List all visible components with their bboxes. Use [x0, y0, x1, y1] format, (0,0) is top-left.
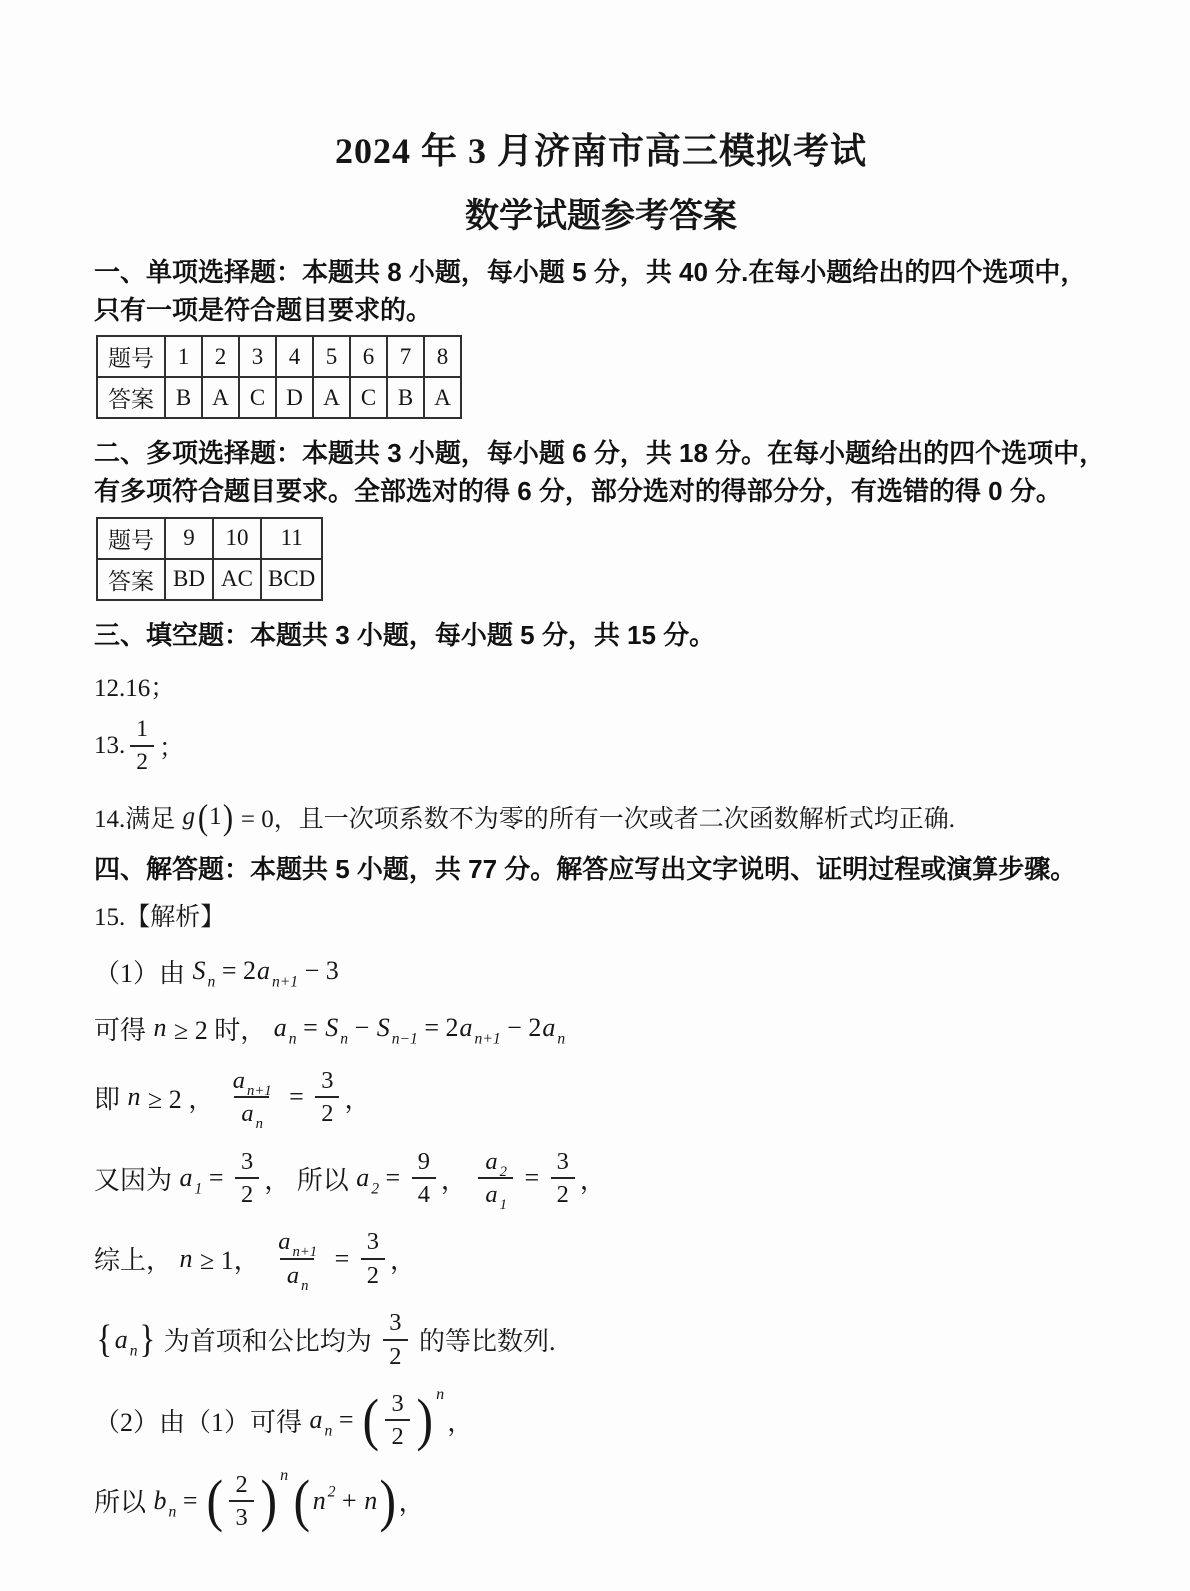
math-subscripted-variable: a1 — [179, 1163, 203, 1193]
document-page: 2024 年 3 月济南市高三模拟考试 数学试题参考答案 一、单项选择题：本题共… — [0, 0, 1190, 1591]
math-paren-group: (32)n — [361, 1390, 446, 1451]
math-subscripted-variable: an+1 — [256, 956, 298, 986]
math-variable: a — [309, 1405, 324, 1435]
math-text: 13. — [94, 732, 125, 760]
math-subscript: 2 — [500, 1164, 507, 1180]
answer-cell: 1 — [165, 336, 202, 377]
solution-15-step-8: 所以 bn = (23)n(n2 + n)， — [94, 1471, 1108, 1532]
math-subscripted-variable: an — [273, 1013, 297, 1043]
math-text: ， — [344, 1079, 370, 1116]
math-text: 3 — [321, 1067, 333, 1094]
answer-cell: 10 — [213, 518, 261, 559]
math-subscript: n — [208, 974, 216, 992]
math-subscripted-variable: Sn−1 — [376, 1013, 418, 1043]
paren-open: ( — [294, 1472, 311, 1531]
answer-cell: 5 — [313, 336, 350, 377]
solution-15-step-1: （1）由 Sn = 2an+1 − 3 — [94, 953, 1108, 990]
math-fraction: 32 — [551, 1148, 575, 1209]
math-text: 1 — [136, 716, 148, 742]
row-header-cell: 答案 — [97, 377, 165, 418]
section-3-heading: 三、填空题：本题共 3 小题，每小题 5 分，共 15 分。 — [94, 617, 1108, 655]
answer-14: 14.满足 g(1) = 0，且一次项系数不为零的所有一次或者二次函数解析式均正… — [94, 799, 1108, 835]
math-text: 9 — [418, 1148, 430, 1175]
math-text: ， 所以 — [264, 1160, 355, 1197]
math-subscripted-variable: a2 — [355, 1163, 379, 1193]
math-subscripted-variable: an — [541, 1013, 565, 1043]
math-subscript: n+1 — [247, 1083, 272, 1099]
math-variable: a — [459, 1013, 474, 1043]
fraction-numerator: 3 — [383, 1309, 407, 1338]
math-paren-group: (n2 + n) — [292, 1472, 397, 1531]
solution-15: 15.【解析】（1）由 Sn = 2an+1 − 3可得 n ≥ 2 时， an… — [94, 897, 1108, 1531]
math-text: ≥ 2 ， — [142, 1079, 221, 1116]
math-text: ， — [580, 1160, 606, 1197]
math-variable: a — [256, 956, 271, 986]
math-text: = 2 — [418, 1013, 459, 1043]
answer-cell: 2 — [202, 336, 239, 377]
math-text: 15.【解析】 — [94, 897, 225, 933]
math-fraction: a2a1 — [478, 1148, 513, 1209]
brace-open: { — [96, 1320, 112, 1359]
math-text: = — [297, 1013, 325, 1043]
fraction-numerator: 1 — [130, 716, 154, 744]
math-text: 12.16； — [94, 668, 175, 704]
math-text: 3 — [367, 1228, 379, 1255]
math-exponent: n — [280, 1467, 288, 1485]
fraction-denominator: an — [234, 1096, 269, 1127]
math-text: ； — [159, 728, 184, 764]
multi-choice-answer-table: 题号91011答案BDACBCD — [96, 517, 323, 601]
math-subscripted-variable: an+1 — [277, 1228, 317, 1255]
answer-cell: AC — [213, 559, 261, 600]
math-variable: n — [153, 1013, 168, 1043]
solution-15-step-5: 综上， n ≥ 1， an+1an = 32， — [94, 1228, 1108, 1289]
math-subscripted-variable: an — [240, 1100, 263, 1127]
math-subscript: 1 — [500, 1197, 507, 1213]
math-variable: a — [484, 1181, 498, 1208]
math-subscript: n — [169, 1503, 177, 1521]
fraction-denominator: an — [280, 1258, 315, 1289]
math-text: = — [202, 1163, 230, 1193]
math-subscripted-variable: an — [309, 1405, 333, 1435]
answer-cell: 6 — [350, 336, 387, 377]
math-variable: g — [182, 803, 197, 831]
math-brace-group: {an} — [95, 1320, 156, 1359]
fraction-numerator: a2 — [478, 1148, 513, 1177]
section-1-heading: 一、单项选择题：本题共 8 小题，每小题 5 分，共 40 分.在每小题给出的四… — [94, 254, 1108, 329]
math-subscript: n — [557, 1031, 565, 1049]
row-header-cell: 题号 — [97, 518, 165, 559]
single-choice-answer-table: 题号12345678答案BACDACBA — [96, 335, 462, 419]
solution-15-step-6: {an} 为首项和公比均为 32 的等比数列. — [94, 1309, 1108, 1370]
math-subscripted-variable: an — [286, 1262, 309, 1289]
math-variable: a — [114, 1325, 129, 1355]
math-variable: a — [277, 1228, 291, 1255]
solution-15-step-4: 又因为 a1 = 32， 所以 a2 = 94， a2a1 = 32， — [94, 1148, 1108, 1209]
math-subscript: n−1 — [392, 1031, 418, 1049]
table-row: 答案BDACBCD — [97, 559, 322, 600]
math-text: （2）由（1）可得 — [94, 1402, 309, 1439]
brace-close: } — [139, 1320, 155, 1359]
solution-15-label: 15.【解析】 — [94, 897, 1108, 933]
math-subscripted-variable: an+1 — [459, 1013, 501, 1043]
math-text: = — [518, 1163, 546, 1193]
math-fraction: 12 — [130, 716, 154, 775]
math-subscripted-variable: an+1 — [232, 1067, 272, 1094]
fraction-numerator: 3 — [551, 1148, 575, 1177]
math-text: 1 — [209, 803, 222, 831]
math-text: ， — [390, 1240, 416, 1277]
math-text: 2 — [136, 749, 148, 775]
math-subscripted-variable: Sn — [192, 956, 216, 986]
math-variable: a — [484, 1148, 498, 1175]
math-variable: b — [153, 1486, 168, 1516]
math-variable: a — [355, 1163, 370, 1193]
row-header-cell: 答案 — [97, 559, 165, 600]
fraction-numerator: an+1 — [271, 1228, 323, 1257]
math-subscript: n — [301, 1278, 308, 1294]
fraction-denominator: 2 — [361, 1258, 385, 1289]
math-variable: a — [273, 1013, 288, 1043]
math-text: 可得 — [94, 1010, 153, 1047]
fraction-numerator: 3 — [385, 1390, 409, 1419]
math-variable: n — [127, 1082, 142, 1112]
math-text: = 2 — [215, 956, 256, 986]
math-fraction: an+1an — [271, 1228, 323, 1289]
table-row: 题号91011 — [97, 518, 322, 559]
table-row: 题号12345678 — [97, 336, 461, 377]
math-variable: n — [312, 1486, 327, 1516]
math-text: − 3 — [298, 956, 339, 986]
math-text: 4 — [418, 1181, 430, 1208]
fraction-numerator: 9 — [412, 1148, 436, 1177]
math-subscript: n+1 — [293, 1245, 318, 1261]
math-text: ， — [441, 1160, 474, 1197]
answer-cell: D — [276, 377, 313, 418]
answer-cell: 7 — [387, 336, 424, 377]
math-subscripted-variable: an — [114, 1325, 138, 1355]
answer-cell: B — [165, 377, 202, 418]
math-subscripted-variable: bn — [153, 1486, 177, 1516]
math-superscripted-variable: n2 — [312, 1486, 336, 1516]
answer-cell: C — [350, 377, 387, 418]
math-text: 为首项和公比均为 — [157, 1321, 378, 1358]
paren-close: ) — [222, 799, 232, 835]
section-2-heading: 二、多项选择题：本题共 3 小题，每小题 6 分，共 18 分。在每小题给出的四… — [94, 435, 1108, 510]
fraction-numerator: 3 — [235, 1148, 259, 1177]
math-text: 的等比数列. — [413, 1321, 556, 1358]
math-text: 2 — [557, 1181, 569, 1208]
paren-open: ( — [362, 1391, 379, 1450]
math-text: 2 — [235, 1471, 247, 1498]
math-fraction: 32 — [235, 1148, 259, 1209]
fraction-numerator: 3 — [315, 1067, 339, 1096]
solution-15-step-7: （2）由（1）可得 an = (32)n， — [94, 1390, 1108, 1451]
math-text: 3 — [235, 1504, 247, 1531]
math-text: ≥ 2 时， — [168, 1010, 273, 1047]
fraction-denominator: 2 — [235, 1177, 259, 1208]
math-subscript: n — [256, 1116, 263, 1132]
math-subscript: n+1 — [272, 974, 298, 992]
fraction-denominator: 4 — [412, 1177, 436, 1208]
single-choice-table-body: 题号12345678答案BACDACBA — [97, 336, 461, 418]
fraction-denominator: 2 — [551, 1177, 575, 1208]
math-variable: a — [232, 1067, 246, 1094]
solution-15-step-3: 即 n ≥ 2 ， an+1an = 32， — [94, 1067, 1108, 1128]
answer-cell: 4 — [276, 336, 313, 377]
math-fraction: 32 — [361, 1228, 385, 1289]
answer-cell: A — [424, 377, 461, 418]
math-fraction: 32 — [315, 1067, 339, 1128]
math-text: 2 — [241, 1181, 253, 1208]
answer-cell: BCD — [261, 559, 322, 600]
math-superscript: 2 — [328, 1484, 336, 1502]
math-fraction: 23 — [229, 1471, 253, 1532]
fraction-numerator: an+1 — [226, 1067, 278, 1096]
math-subscripted-variable: a1 — [484, 1181, 507, 1208]
math-paren-group: (23)n — [205, 1471, 290, 1532]
math-subscript: n — [130, 1342, 138, 1360]
math-subscript: n — [289, 1031, 297, 1049]
paren-open: ( — [198, 799, 208, 835]
math-variable: a — [179, 1163, 194, 1193]
math-text: 2 — [367, 1262, 379, 1289]
math-text: 3 — [557, 1148, 569, 1175]
math-text: （1）由 — [94, 953, 192, 990]
math-text: 3 — [391, 1390, 403, 1417]
math-variable: n — [179, 1244, 194, 1274]
fraction-denominator: 3 — [229, 1500, 253, 1531]
row-header-cell: 题号 — [97, 336, 165, 377]
math-text: 2 — [391, 1423, 403, 1450]
math-text: = — [328, 1244, 356, 1274]
answer-cell: 9 — [165, 518, 213, 559]
math-variable: a — [240, 1100, 254, 1127]
fraction-denominator: 2 — [385, 1419, 409, 1450]
math-text: 又因为 — [94, 1160, 179, 1197]
answer-cell: A — [202, 377, 239, 418]
fraction-numerator: 3 — [361, 1228, 385, 1257]
math-text: 3 — [389, 1309, 401, 1336]
math-text: ≥ 1， — [194, 1240, 267, 1277]
table-row: 答案BACDACBA — [97, 377, 461, 418]
math-text: 综上， — [94, 1240, 179, 1277]
answer-cell: 3 — [239, 336, 276, 377]
paren-open: ( — [206, 1472, 223, 1531]
math-text: ， — [447, 1402, 473, 1439]
answer-cell: A — [313, 377, 350, 418]
fill-in-answers: 12.16；13.12；14.满足 g(1) = 0，且一次项系数不为零的所有一… — [94, 668, 1108, 835]
math-variable: a — [286, 1262, 300, 1289]
answer-cell: B — [387, 377, 424, 418]
solution-15-step-2: 可得 n ≥ 2 时， an = Sn − Sn−1 = 2an+1 − 2an — [94, 1010, 1108, 1047]
math-variable: S — [324, 1013, 339, 1043]
answer-cell: 8 — [424, 336, 461, 377]
math-subscripted-variable: a2 — [484, 1148, 507, 1175]
multi-choice-table-body: 题号91011答案BDACBCD — [97, 518, 322, 600]
answer-13: 13.12； — [94, 716, 1108, 775]
math-paren-group: (1) — [197, 799, 234, 835]
math-text: + — [336, 1486, 364, 1516]
math-subscript: n — [325, 1423, 333, 1441]
math-fraction: an+1an — [226, 1067, 278, 1128]
math-fraction: 32 — [383, 1309, 407, 1370]
answer-sheet-subtitle: 数学试题参考答案 — [94, 197, 1108, 238]
math-fraction: 94 — [412, 1148, 436, 1209]
math-text: − 2 — [501, 1013, 542, 1043]
paren-close: ) — [260, 1472, 277, 1531]
math-text: − — [348, 1013, 376, 1043]
math-text: 2 — [389, 1343, 401, 1370]
math-text: 14.满足 — [94, 799, 182, 835]
fraction-denominator: 2 — [383, 1339, 407, 1370]
math-text: 即 — [94, 1079, 127, 1116]
math-subscript: n — [340, 1031, 348, 1049]
fraction-denominator: 2 — [315, 1096, 339, 1127]
exam-title: 2024 年 3 月济南市高三模拟考试 — [94, 130, 1108, 173]
fraction-denominator: 2 — [130, 745, 154, 775]
answer-cell: BD — [165, 559, 213, 600]
math-variable: S — [192, 956, 207, 986]
math-text: 3 — [241, 1148, 253, 1175]
math-subscripted-variable: Sn — [324, 1013, 348, 1043]
math-fraction: 32 — [385, 1390, 409, 1451]
math-text: = 0，且一次项系数不为零的所有一次或者二次函数解析式均正确. — [235, 799, 955, 835]
math-text: 2 — [321, 1100, 333, 1127]
answer-12: 12.16； — [94, 668, 1108, 704]
math-text: ， — [399, 1482, 425, 1519]
fraction-numerator: 2 — [229, 1471, 253, 1500]
answer-cell: C — [239, 377, 276, 418]
answer-cell: 11 — [261, 518, 322, 559]
paren-close: ) — [380, 1472, 397, 1531]
math-text: = — [332, 1405, 360, 1435]
math-exponent: n — [436, 1386, 444, 1404]
math-text: = — [176, 1486, 204, 1516]
math-subscript: 1 — [195, 1181, 203, 1199]
math-variable: S — [376, 1013, 391, 1043]
math-variable: n — [363, 1486, 378, 1516]
math-text: = — [283, 1082, 311, 1112]
math-variable: a — [541, 1013, 556, 1043]
fraction-denominator: a1 — [478, 1177, 513, 1208]
section-4-heading: 四、解答题：本题共 5 小题，共 77 分。解答应写出文字说明、证明过程或演算步… — [94, 851, 1108, 889]
math-subscript: 2 — [371, 1181, 379, 1199]
math-text: = — [379, 1163, 407, 1193]
math-subscript: n+1 — [475, 1031, 501, 1049]
math-text: 所以 — [94, 1482, 153, 1519]
paren-close: ) — [416, 1391, 433, 1450]
